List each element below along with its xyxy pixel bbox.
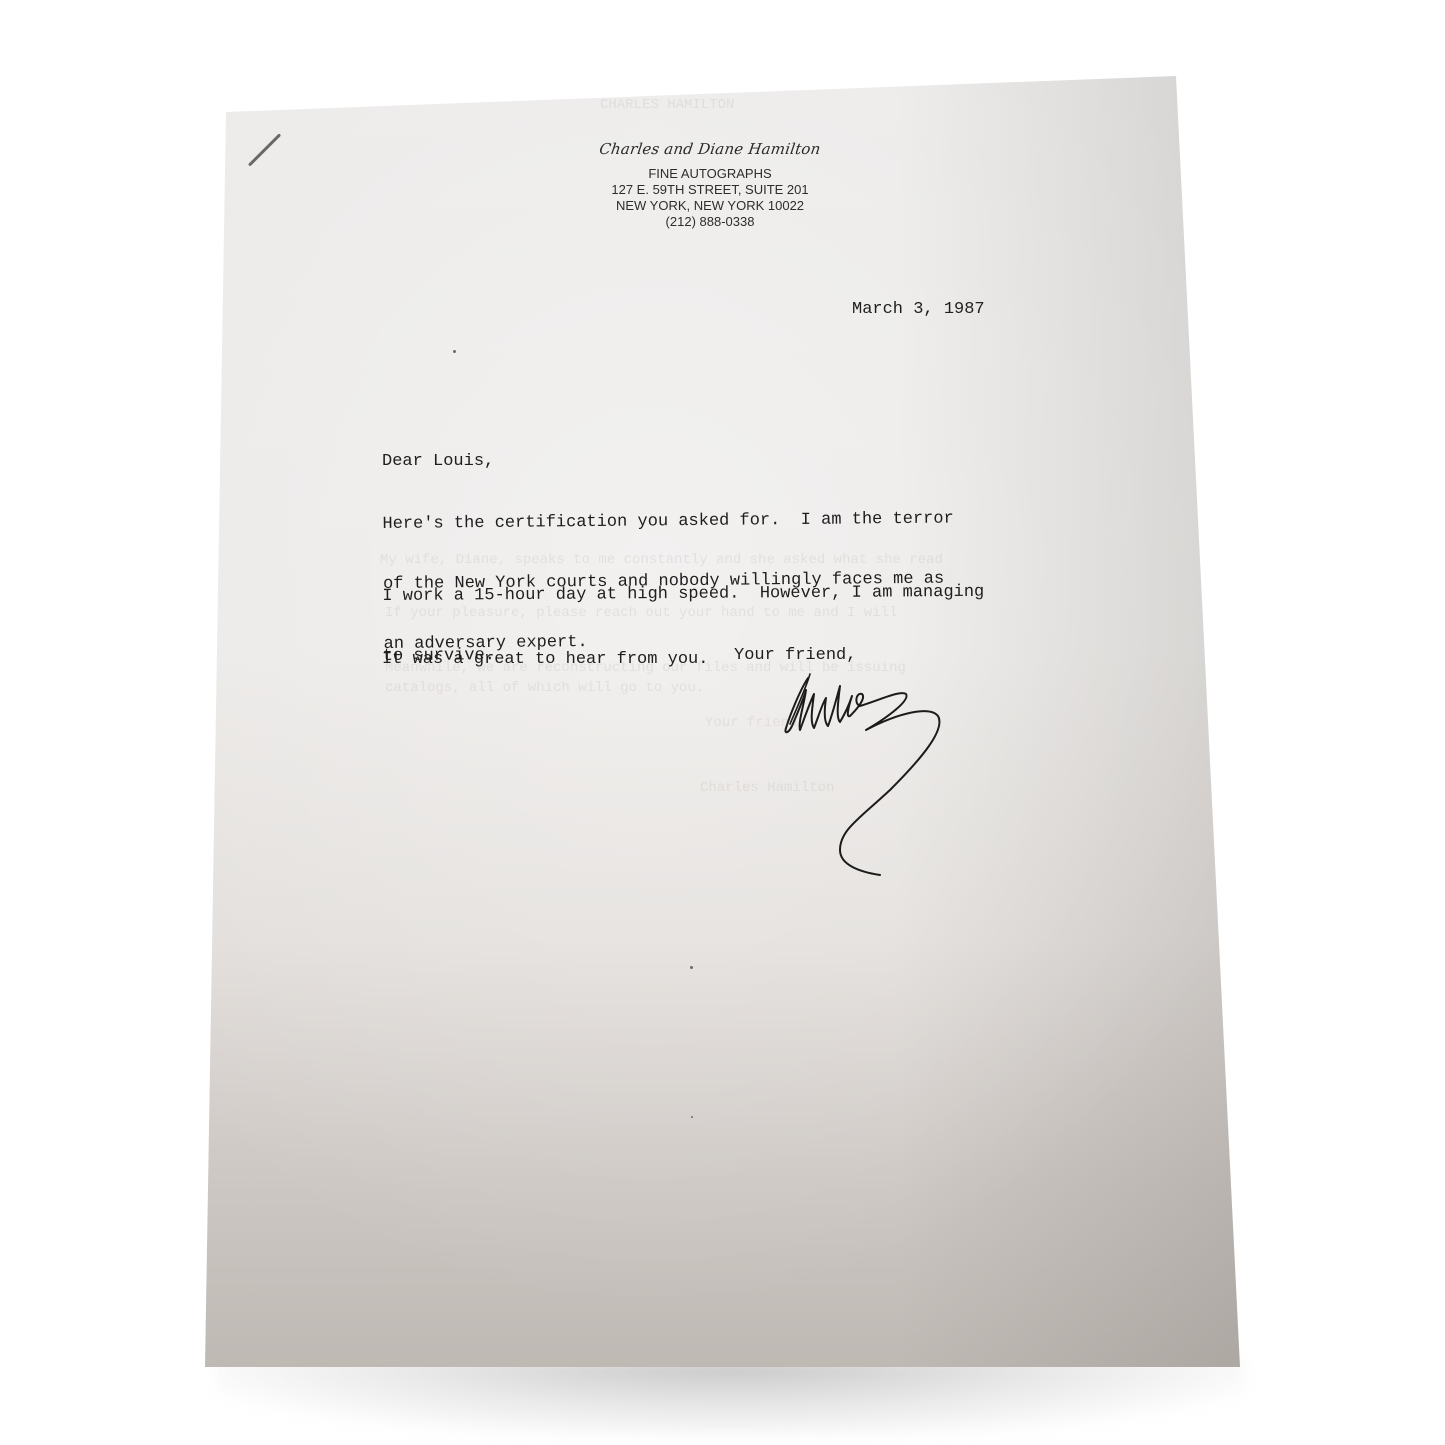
show-through-text: Your friend,: [705, 715, 806, 731]
paragraph-3: It was a great to hear from you.: [382, 610, 708, 690]
show-through-text: Charles Hamilton: [700, 780, 834, 796]
paper-speck: [453, 350, 456, 353]
show-through-text: catalogs, all of which will go to you.: [385, 680, 704, 696]
paper-speck: [691, 1116, 693, 1118]
show-through-text: CHARLES HAMILTON: [600, 97, 734, 113]
paper-shadow: [215, 1360, 1245, 1435]
letterhead-business: FINE AUTOGRAPHS: [560, 166, 860, 182]
letter-date: March 3, 1987: [852, 300, 985, 320]
signature: [770, 660, 1010, 890]
show-through-text: If your pleasure, please reach out your …: [385, 605, 897, 621]
paragraph-line: Here's the certification you asked for. …: [382, 510, 953, 535]
show-through-text: My wife, Diane, speaks to me constantly …: [380, 552, 943, 568]
show-through-text: Meanwhile, we are reconstructing our fil…: [385, 660, 906, 676]
letterhead: Charles and Diane Hamilton FINE AUTOGRAP…: [560, 140, 860, 230]
letterhead-names: Charles and Diane Hamilton: [559, 140, 862, 158]
paragraph-line: I work a 15-hour day at high speed. Howe…: [382, 583, 984, 607]
letterhead-address-line2: NEW YORK, NEW YORK 10022: [560, 198, 860, 214]
letterhead-address-line1: 127 E. 59TH STREET, SUITE 201: [560, 182, 860, 198]
letterhead-phone: (212) 888-0338: [560, 214, 860, 230]
paper-speck: [690, 966, 693, 969]
salutation: Dear Louis,: [382, 452, 494, 472]
